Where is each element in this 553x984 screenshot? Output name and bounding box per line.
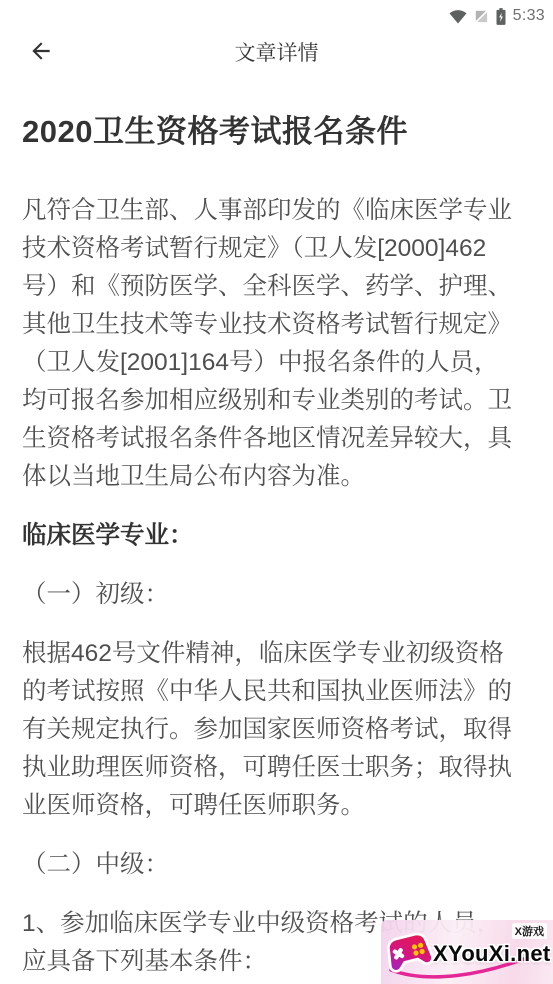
no-sim-icon <box>474 9 489 24</box>
subsection-label: （二）中级： <box>22 846 522 884</box>
page-title: 文章详情 <box>0 37 553 67</box>
clock-time: 5:33 <box>513 7 545 25</box>
section-heading: 临床医学专业： <box>22 517 522 555</box>
article-paragraph: 凡符合卫生部、人事部印发的《临床医学专业技术资格考试暂行规定》（卫人发[2000… <box>22 192 522 496</box>
watermark-badge: X游戏 <box>512 923 547 939</box>
watermark: XYouXi.net X游戏 <box>381 920 553 984</box>
article-paragraph: 根据462号文件精神，临床医学专业初级资格的考试按照《中华人民共和国执业医师法》… <box>22 635 522 825</box>
app-bar: 文章详情 <box>0 28 553 76</box>
battery-charging-icon <box>496 8 506 25</box>
article-title: 2020卫生资格考试报名条件 <box>22 112 522 152</box>
back-arrow-icon <box>28 38 54 67</box>
article-content: 2020卫生资格考试报名条件 凡符合卫生部、人事部印发的《临床医学专业技术资格考… <box>0 112 553 981</box>
back-button[interactable] <box>24 35 58 69</box>
wifi-icon <box>449 9 467 24</box>
watermark-site-text: XYouXi.net <box>433 941 551 967</box>
subsection-label: （一）初级： <box>22 576 522 614</box>
status-bar: 5:33 <box>0 0 553 28</box>
